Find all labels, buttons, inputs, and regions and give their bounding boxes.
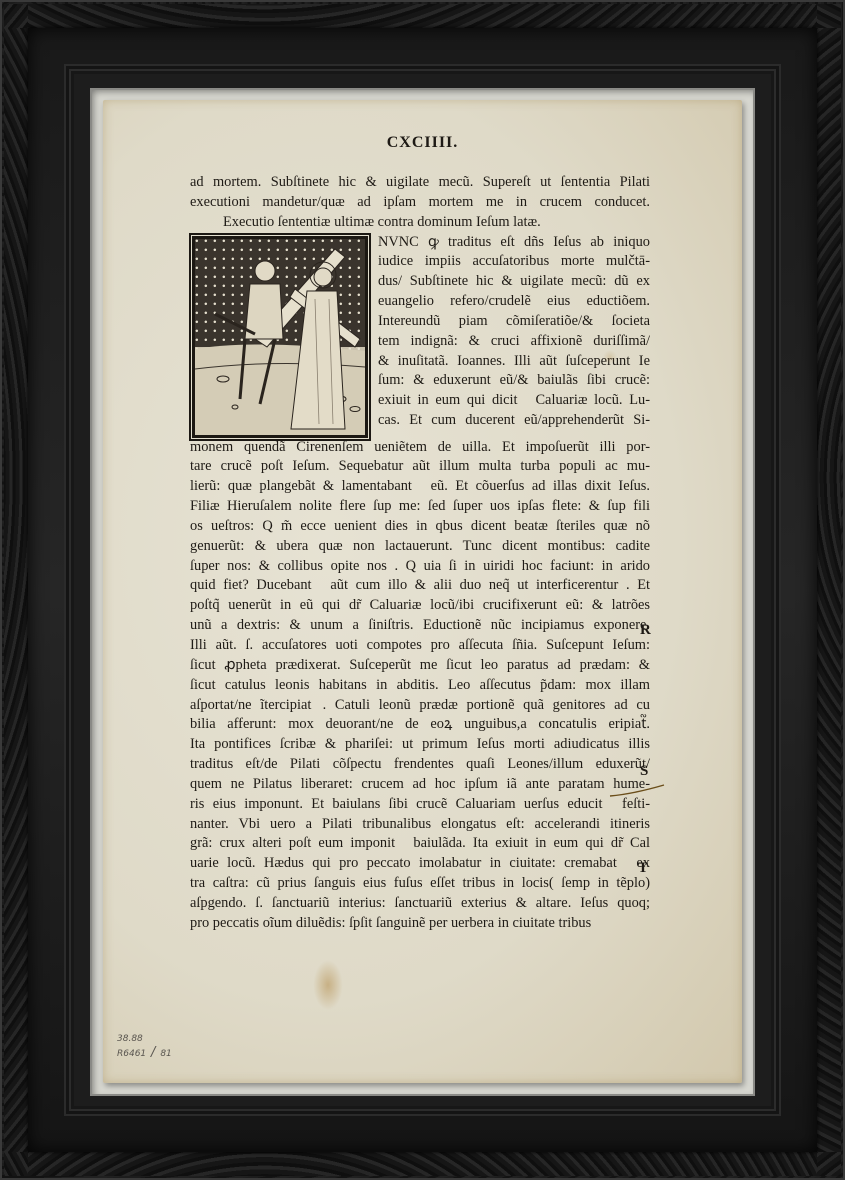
text-line: uarie locũ. Hædus qui pro peccato imolab… — [190, 854, 650, 874]
text-line: aſportat/ne ĩtercipiat᷑. Catuli leonũ pr… — [190, 696, 650, 716]
text-line: traditus eſt/de Pilati cõſpectu frendent… — [190, 755, 650, 775]
text-line: Ita pontifices ſcribæ & phariſei: ut pri… — [190, 735, 650, 755]
text-line: quem ne Pilatus liberaret: crucem ad hoc… — [190, 775, 650, 795]
page-text: ad mortem. Subſtinete hic & uigilate mec… — [190, 173, 650, 934]
foxing-stain — [603, 350, 617, 364]
marginal-letter-r: R — [640, 622, 651, 639]
text-line: tra caſtra: cũ prius ſanguis eius fuſus … — [190, 874, 650, 894]
text-line: ſicut ꝓpheta prædixerat. Suſceperũt me ſ… — [190, 656, 650, 676]
text-line: bilia afferunt: mox deuorant/ne de eoꝝ u… — [190, 715, 650, 735]
text-line: quid fiet? Ducebant᷑ aũt cum illo & alii… — [190, 576, 650, 596]
text-line: dus/ Subſtinete hic & uigilate mecũ: dũ … — [378, 272, 650, 292]
text-line: aſpgendo. ſ. ſanctuariũ interius: ſanctu… — [190, 894, 650, 914]
marginal-letter-t: T — [638, 860, 648, 877]
folio-number: CXCIIII. — [103, 134, 742, 152]
text-line: ſuper nos: & collibus opite nos . Q uia … — [190, 557, 650, 577]
text-line: nanter. Vbi uero a Pilati tribunalibus e… — [190, 815, 650, 835]
text-line: grã: crux alteri poſt eum imponit᷑ baiul… — [190, 834, 650, 854]
wrapped-text: NVNC ꝙ traditus eſt dñs Ieſus ab iniquo … — [378, 233, 650, 438]
text-line: unũ a dextris: & unum a ſiniſtris. Educt… — [190, 616, 650, 636]
text-line: pro peccatis oĩum diluẽdis: ſpſit ſangui… — [190, 914, 650, 934]
text-line: lierũ: quæ plangebãt & lamentabant᷑ eũ. … — [190, 477, 650, 497]
text-line: tare crucẽ poſt Ieſum. Sequebatur aũt il… — [190, 457, 650, 477]
annotation-line-1: 38.88 — [117, 1033, 172, 1046]
section-heading: Executio ſententiæ ultimæ contra dominum… — [190, 213, 650, 233]
christ-carrying-cross-icon — [195, 239, 365, 435]
text-line: Intereundũ piam cõmiſeratiõe/& ſocieta — [378, 312, 650, 332]
text-line: monem quendã Cirenenſem ueniẽtem de uill… — [190, 438, 650, 458]
text-line: ſicut catulus leonis habitans in abditis… — [190, 676, 650, 696]
text-line: cas. Et cum ducerent eũ/apprehenderũt Si… — [378, 411, 650, 431]
text-line: ſum: & eduxerunt eũ/& baiulãs ſibi crucẽ… — [378, 371, 650, 391]
book-page: CXCIIII. ad mortem. Subſtinete hic & uig… — [103, 100, 742, 1083]
text-line: ad mortem. Subſtinete hic & uigilate mec… — [190, 173, 650, 193]
text-line: genuerũt: & ubera quæ non lactauerunt. T… — [190, 537, 650, 557]
marginal-letter-s: S — [640, 763, 648, 780]
pencil-annotation: 38.88 R6461 / 81 — [117, 1033, 172, 1061]
illustrated-paragraph: NVNC ꝙ traditus eſt dñs Ieſus ab iniquo … — [190, 233, 650, 438]
text-line: Filiæ Hieruſalem nolite flere ſup me: ſe… — [190, 497, 650, 517]
offset-print: ······· — [198, 900, 221, 911]
foxing-stain — [313, 960, 343, 1010]
text-line: Illi aũt. ſ. accuſatores uoti compotes p… — [190, 636, 650, 656]
picture-frame: CXCIIII. ad mortem. Subſtinete hic & uig… — [0, 0, 845, 1180]
annotation-line-2: R6461 / 81 — [117, 1046, 172, 1061]
text-line: iudice impiis accuſatoribus morte mulčtā… — [378, 252, 650, 272]
text-line: NVNC ꝙ traditus eſt dñs Ieſus ab iniquo — [378, 233, 650, 253]
ink-mark-icon — [608, 782, 668, 800]
woodcut-illustration — [192, 236, 368, 438]
text-line: exiuit in eum qui dicit᷑ Caluariæ locũ. … — [378, 391, 650, 411]
text-line: ris eius imponunt. Et baiulans ſibi cruc… — [190, 795, 650, 815]
text-line: euangelio refero/crudelẽ eius eductiõem. — [378, 292, 650, 312]
text-line: poſtq̃ uenerũt in eũ qui dr̃ Caluariæ lo… — [190, 596, 650, 616]
text-line: executioni mandetur/quæ ad ipſam mortem … — [190, 193, 650, 213]
text-line: os ueſtros: Q m̃ ecce uenient dies in qb… — [190, 517, 650, 537]
text-line: tem indignã: & cruci affixionẽ duriſſimã… — [378, 332, 650, 352]
